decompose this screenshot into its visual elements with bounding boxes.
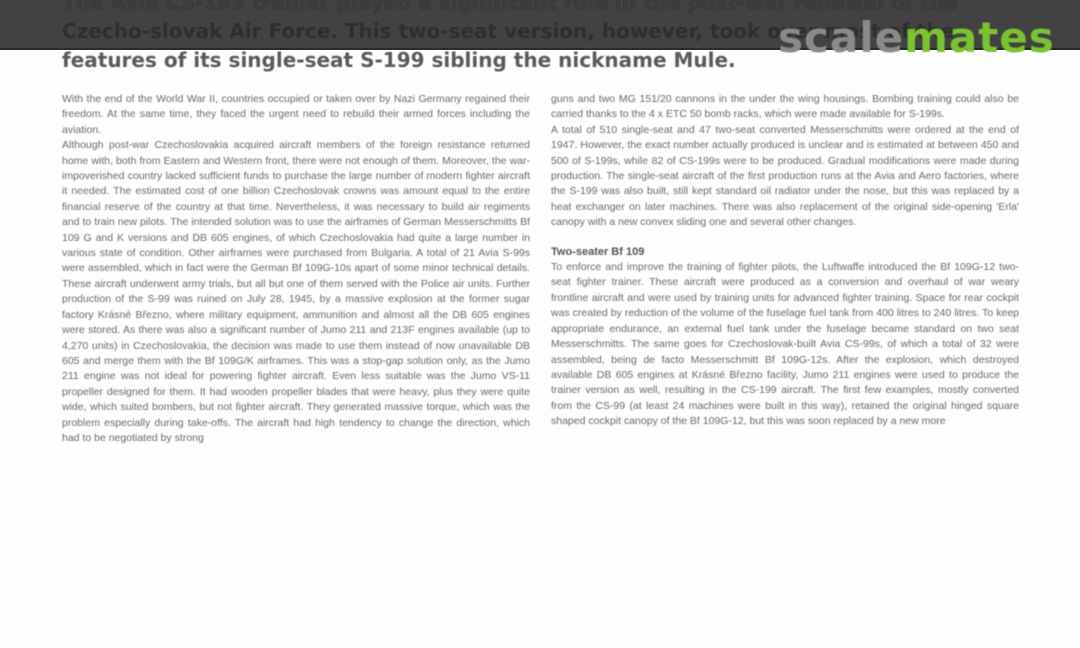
magazine-page: The Avia CS-199 trainer played a signifi…: [0, 0, 1080, 648]
section-heading: Two-seater Bf 109: [551, 245, 1019, 260]
article-paragraph: guns and two MG 151/20 cannons in the un…: [551, 92, 1019, 123]
article-column-right: guns and two MG 151/20 cannons in the un…: [551, 92, 1019, 430]
scalemates-watermark-logo: scalemates: [778, 16, 1055, 60]
article-paragraph: Although post-war Czechoslovakia acquire…: [62, 138, 530, 446]
article-paragraph: A total of 510 single-seat and 47 two-se…: [551, 123, 1019, 231]
article-paragraph: With the end of the World War II, countr…: [62, 92, 530, 138]
article-paragraph: To enforce and improve the training of f…: [551, 260, 1019, 429]
logo-part-mates: mates: [904, 13, 1055, 62]
article-column-left: With the end of the World War II, countr…: [62, 92, 530, 446]
logo-part-scale: scale: [778, 13, 904, 62]
